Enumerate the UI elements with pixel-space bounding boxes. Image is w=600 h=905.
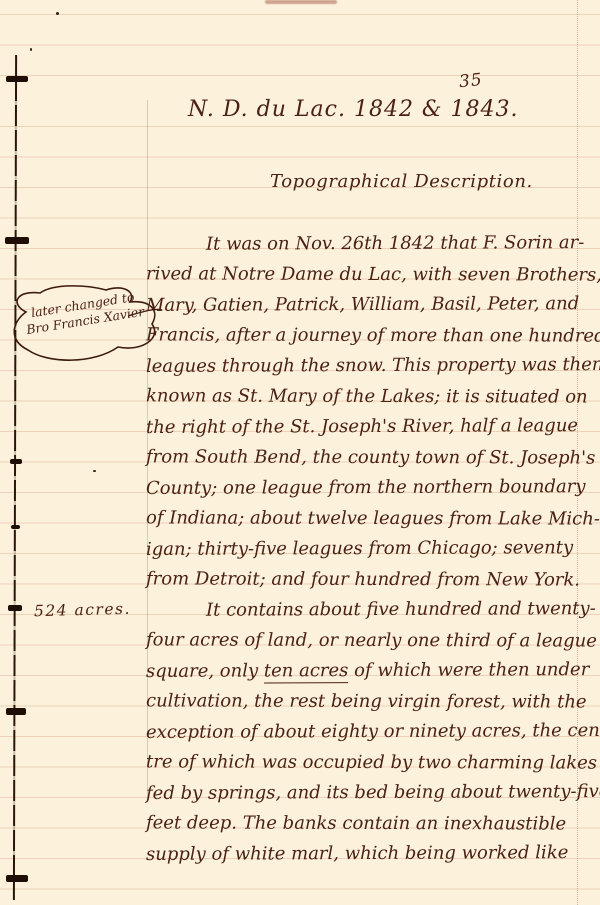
manuscript-line: from South Bend, the county town of St. … <box>146 442 594 474</box>
manuscript-line: square, only ten acres of which were the… <box>146 655 594 687</box>
manuscript-line: of Indiana; about twelve leagues from La… <box>146 503 594 535</box>
binding-stitch-mark <box>6 76 28 82</box>
ink-smudge-top <box>265 0 337 4</box>
manuscript-line: leagues through the snow. This property … <box>146 350 594 382</box>
line-segment: square, only <box>146 660 264 682</box>
document-title: N. D. du Lac. 1842 & 1843. <box>188 97 519 122</box>
binding-stitch-mark <box>8 605 22 611</box>
ink-speck <box>56 12 59 15</box>
binding-stitch-mark <box>11 525 20 529</box>
underlined-phrase: ten acres <box>264 660 349 683</box>
binding-stitch-mark <box>10 459 22 464</box>
page-number: 35 <box>458 70 484 92</box>
document-subtitle: Topographical Description. <box>270 171 533 192</box>
manuscript-line: supply of white marl, which being worked… <box>146 838 594 870</box>
binding-edge-line <box>13 55 17 900</box>
manuscript-line: tre of which was occupied by two charmin… <box>146 747 594 779</box>
ink-speck <box>30 48 32 51</box>
line-segment: of which were then under <box>348 659 589 681</box>
manuscript-line: exception of about eighty or ninety acre… <box>146 716 594 748</box>
binding-stitch-mark <box>5 237 29 244</box>
manuscript-line: from Detroit; and four hundred from New … <box>146 564 594 596</box>
manuscript-line: cultivation, the rest being virgin fores… <box>146 686 594 718</box>
manuscript-line: feet deep. The banks contain an inexhaus… <box>146 808 594 840</box>
binding-stitch-mark <box>6 875 28 882</box>
manuscript-line: Mary, Gatien, Patrick, William, Basil, P… <box>146 289 594 321</box>
manuscript-line: igan; thirty-five leagues from Chicago; … <box>146 533 594 565</box>
manuscript-line: the right of the St. Joseph's River, hal… <box>146 411 594 443</box>
manuscript-body: It was on Nov. 26th 1842 that F. Sorin a… <box>146 229 594 870</box>
manuscript-line: Francis, after a journey of more than on… <box>146 320 594 352</box>
manuscript-line: It was on Nov. 26th 1842 that F. Sorin a… <box>146 228 594 260</box>
manuscript-line: It contains about five hundred and twent… <box>146 594 594 626</box>
manuscript-page: 35 N. D. du Lac. 1842 & 1843. Topographi… <box>0 0 600 905</box>
binding-stitch-mark <box>6 708 26 715</box>
margin-note-acres: 524 acres. <box>34 600 131 621</box>
ink-speck <box>93 470 96 472</box>
manuscript-line: known as St. Mary of the Lakes; it is si… <box>146 381 594 413</box>
manuscript-line: four acres of land, or nearly one third … <box>146 625 594 657</box>
manuscript-line: County; one league from the northern bou… <box>146 472 594 504</box>
manuscript-line: fed by springs, and its bed being about … <box>146 777 594 809</box>
manuscript-line: rived at Notre Dame du Lac, with seven B… <box>146 259 594 291</box>
